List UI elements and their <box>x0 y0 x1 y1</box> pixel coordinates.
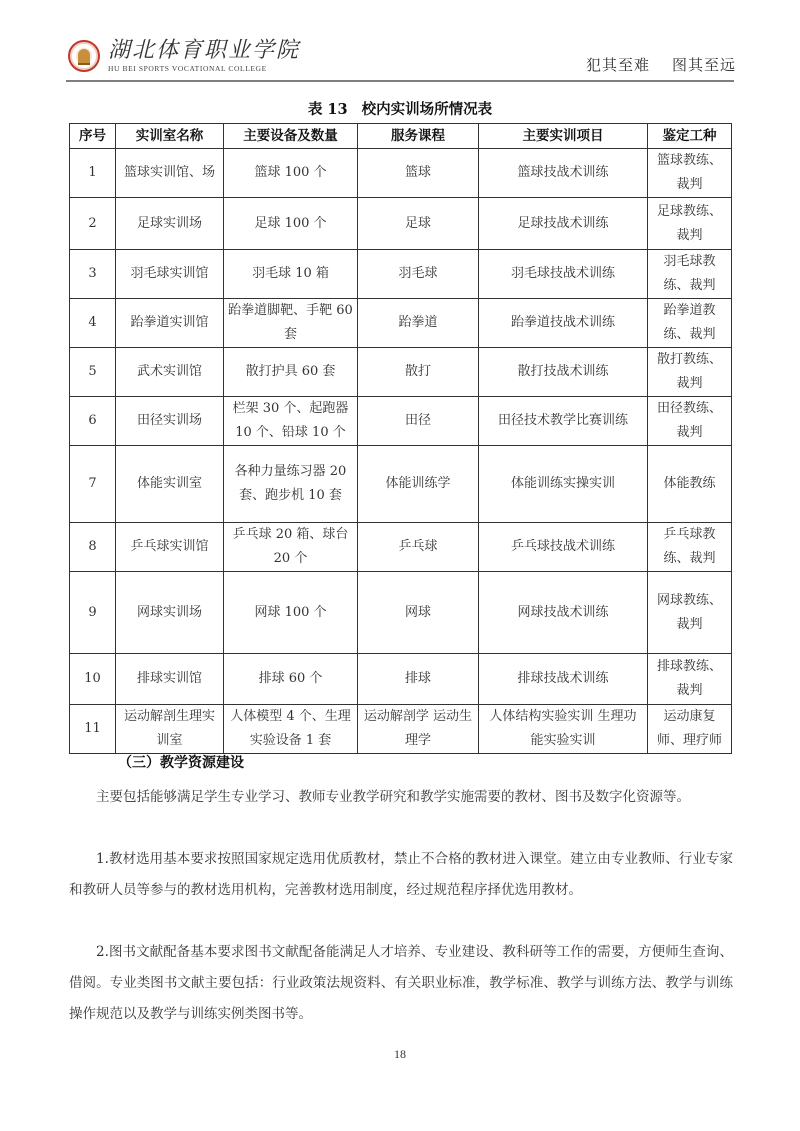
cell-course: 羽毛球 <box>358 250 479 299</box>
cell-project: 乒乓球技战术训练 <box>479 523 648 572</box>
cell-project: 跆拳道技战术训练 <box>479 299 648 348</box>
cell-certification: 跆拳道教练、裁判 <box>648 299 732 348</box>
cell-equipment: 各种力量练习器 20 套、跑步机 10 套 <box>224 446 358 523</box>
cell-project: 体能训练实操实训 <box>479 446 648 523</box>
paragraph-library-resources: 2.图书文献配备基本要求图书文献配备能满足人才培养、专业建设、教科研等工作的需要… <box>69 937 733 1030</box>
cell-course: 乒乓球 <box>358 523 479 572</box>
building-icon <box>78 49 90 65</box>
table-title: 校内实训场所情况表 <box>362 101 493 118</box>
table-row: 8 乒乓球实训馆 乒乓球 20 箱、球台 20 个 乒乓球 乒乓球技战术训练 乒… <box>70 523 732 572</box>
cell-equipment: 羽毛球 10 箱 <box>224 250 358 299</box>
cell-no: 5 <box>70 348 116 397</box>
cell-certification: 运动康复师、理疗师 <box>648 705 732 754</box>
cell-project: 网球技战术训练 <box>479 572 648 654</box>
cell-project: 人体结构实验实训 生理功能实验实训 <box>479 705 648 754</box>
table-caption: 表 13校内实训场所情况表 <box>0 98 800 119</box>
cell-equipment: 人体模型 4 个、生理实验设备 1 套 <box>224 705 358 754</box>
cell-no: 9 <box>70 572 116 654</box>
cell-certification: 体能教练 <box>648 446 732 523</box>
table-row: 4 跆拳道实训馆 跆拳道脚靶、手靶 60 套 跆拳道 跆拳道技战术训练 跆拳道教… <box>70 299 732 348</box>
cell-name: 足球实训场 <box>116 198 224 250</box>
table-row: 5 武术实训馆 散打护具 60 套 散打 散打技战术训练 散打教练、裁判 <box>70 348 732 397</box>
motto-part-1: 犯其至难 <box>586 56 650 74</box>
cell-course: 体能训练学 <box>358 446 479 523</box>
cell-name: 羽毛球实训馆 <box>116 250 224 299</box>
cell-course: 排球 <box>358 654 479 705</box>
cell-no: 1 <box>70 149 116 198</box>
cell-course: 篮球 <box>358 149 479 198</box>
column-header: 序号 <box>70 124 116 149</box>
cell-course: 网球 <box>358 572 479 654</box>
table-row: 9 网球实训场 网球 100 个 网球 网球技战术训练 网球教练、裁判 <box>70 572 732 654</box>
cell-certification: 田径教练、裁判 <box>648 397 732 446</box>
cell-project: 排球技战术训练 <box>479 654 648 705</box>
cell-name: 体能实训室 <box>116 446 224 523</box>
cell-no: 10 <box>70 654 116 705</box>
cell-equipment: 足球 100 个 <box>224 198 358 250</box>
paragraph-intro: 主要包括能够满足学生专业学习、教师专业教学研究和教学实施需要的教材、图书及数字化… <box>69 782 733 813</box>
cell-equipment: 跆拳道脚靶、手靶 60 套 <box>224 299 358 348</box>
cell-project: 散打技战术训练 <box>479 348 648 397</box>
cell-equipment: 排球 60 个 <box>224 654 358 705</box>
column-header: 实训室名称 <box>116 124 224 149</box>
column-header: 主要设备及数量 <box>224 124 358 149</box>
cell-equipment: 篮球 100 个 <box>224 149 358 198</box>
cell-no: 3 <box>70 250 116 299</box>
cell-course: 运动解剖学 运动生理学 <box>358 705 479 754</box>
cell-project: 篮球技战术训练 <box>479 149 648 198</box>
institution-name-en: HU BEI SPORTS VOCATIONAL COLLEGE <box>108 64 267 73</box>
cell-certification: 篮球教练、裁判 <box>648 149 732 198</box>
table-row: 11 运动解剖生理实训室 人体模型 4 个、生理实验设备 1 套 运动解剖学 运… <box>70 705 732 754</box>
column-header: 服务课程 <box>358 124 479 149</box>
cell-project: 足球技战术训练 <box>479 198 648 250</box>
cell-certification: 乒乓球教练、裁判 <box>648 523 732 572</box>
cell-no: 7 <box>70 446 116 523</box>
cell-name: 武术实训馆 <box>116 348 224 397</box>
cell-no: 4 <box>70 299 116 348</box>
table-header-row: 序号 实训室名称 主要设备及数量 服务课程 主要实训项目 鉴定工种 <box>70 124 732 149</box>
cell-equipment: 乒乓球 20 箱、球台 20 个 <box>224 523 358 572</box>
cell-certification: 羽毛球教练、裁判 <box>648 250 732 299</box>
training-facilities-table: 序号 实训室名称 主要设备及数量 服务课程 主要实训项目 鉴定工种 1 篮球实训… <box>69 123 732 754</box>
cell-equipment: 栏架 30 个、起跑器 10 个、铅球 10 个 <box>224 397 358 446</box>
page-number: 18 <box>0 1047 800 1062</box>
table-row: 7 体能实训室 各种力量练习器 20 套、跑步机 10 套 体能训练学 体能训练… <box>70 446 732 523</box>
institution-name-cn: 湖北体育职业学院 <box>108 40 300 62</box>
college-seal-icon <box>68 40 100 72</box>
cell-no: 6 <box>70 397 116 446</box>
cell-course: 跆拳道 <box>358 299 479 348</box>
cell-no: 8 <box>70 523 116 572</box>
header-divider <box>66 80 734 82</box>
cell-name: 乒乓球实训馆 <box>116 523 224 572</box>
table-row: 6 田径实训场 栏架 30 个、起跑器 10 个、铅球 10 个 田径 田径技术… <box>70 397 732 446</box>
cell-project: 羽毛球技战术训练 <box>479 250 648 299</box>
table-number: 表 13 <box>308 101 348 118</box>
cell-course: 散打 <box>358 348 479 397</box>
table-row: 3 羽毛球实训馆 羽毛球 10 箱 羽毛球 羽毛球技战术训练 羽毛球教练、裁判 <box>70 250 732 299</box>
cell-certification: 排球教练、裁判 <box>648 654 732 705</box>
motto: 犯其至难图其至远 <box>586 54 736 75</box>
cell-name: 田径实训场 <box>116 397 224 446</box>
cell-certification: 散打教练、裁判 <box>648 348 732 397</box>
cell-no: 2 <box>70 198 116 250</box>
cell-equipment: 散打护具 60 套 <box>224 348 358 397</box>
table-row: 1 篮球实训馆、场 篮球 100 个 篮球 篮球技战术训练 篮球教练、裁判 <box>70 149 732 198</box>
column-header: 主要实训项目 <box>479 124 648 149</box>
table-row: 10 排球实训馆 排球 60 个 排球 排球技战术训练 排球教练、裁判 <box>70 654 732 705</box>
cell-no: 11 <box>70 705 116 754</box>
cell-certification: 网球教练、裁判 <box>648 572 732 654</box>
motto-part-2: 图其至远 <box>672 56 736 74</box>
column-header: 鉴定工种 <box>648 124 732 149</box>
cell-name: 网球实训场 <box>116 572 224 654</box>
cell-course: 田径 <box>358 397 479 446</box>
cell-equipment: 网球 100 个 <box>224 572 358 654</box>
cell-name: 运动解剖生理实训室 <box>116 705 224 754</box>
cell-certification: 足球教练、裁判 <box>648 198 732 250</box>
paragraph-textbook-selection: 1.教材选用基本要求按照国家规定选用优质教材，禁止不合格的教材进入课堂。建立由专… <box>69 844 733 906</box>
section-heading: （三）教学资源建设 <box>118 752 244 772</box>
cell-project: 田径技术教学比赛训练 <box>479 397 648 446</box>
cell-name: 排球实训馆 <box>116 654 224 705</box>
cell-course: 足球 <box>358 198 479 250</box>
table-row: 2 足球实训场 足球 100 个 足球 足球技战术训练 足球教练、裁判 <box>70 198 732 250</box>
cell-name: 跆拳道实训馆 <box>116 299 224 348</box>
cell-name: 篮球实训馆、场 <box>116 149 224 198</box>
page-header: 湖北体育职业学院 HU BEI SPORTS VOCATIONAL COLLEG… <box>64 38 736 80</box>
